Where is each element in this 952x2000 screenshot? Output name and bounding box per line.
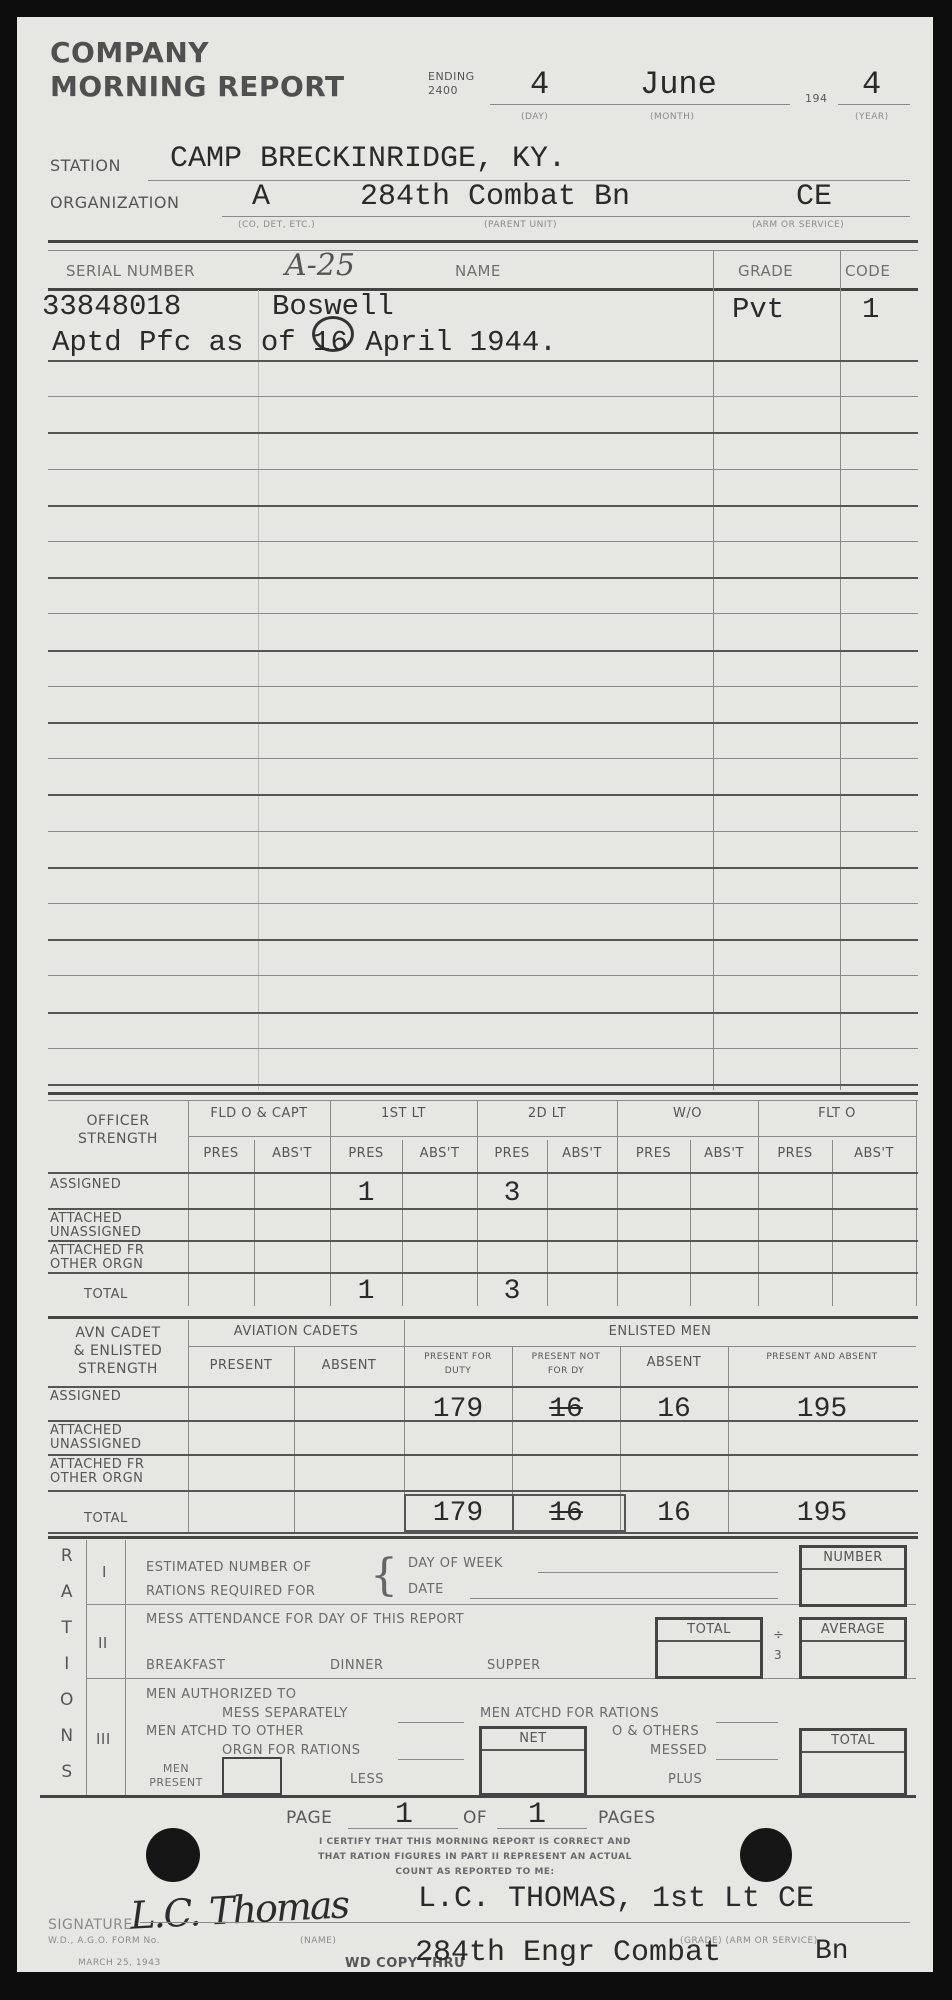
ruled-line [48,650,918,652]
of-label: OF [463,1808,487,1828]
ration-number-label: NUMBER [802,1548,904,1570]
name-header: NAME [455,262,501,280]
organization-label: ORGANIZATION [50,193,179,212]
mess-average-box[interactable]: AVERAGE [799,1617,907,1679]
ruled-line [48,939,918,941]
ration-number-box[interactable]: NUMBER [799,1545,907,1607]
net-box[interactable]: NET [479,1726,587,1796]
ruled-line [48,1012,918,1014]
enlisted-title-line-1: AVN CADET [48,1324,188,1342]
day-of-week-line [538,1572,778,1573]
rations-numeral-divider [125,1540,126,1795]
punch-hole-right-icon [740,1828,792,1882]
officer-top-rule-2 [48,1100,918,1101]
officer-subheader: PRES [477,1146,547,1161]
organization-underline [222,216,910,217]
rations-bottom-rule [40,1795,916,1798]
total-highlight-divider [512,1494,514,1532]
enlisted-row-label: ASSIGNED [50,1390,185,1404]
date-line [470,1598,778,1599]
officer-column-divider [690,1140,691,1306]
certify-line-2: THAT RATION FIGURES IN PART II REPRESENT… [250,1850,700,1865]
rations-side-letter: O [52,1690,82,1710]
officer-header-rule [48,1172,918,1174]
mess-total-label: TOTAL [658,1620,760,1642]
year-prefix: 194 [805,92,828,105]
breakfast-label: BREAKFAST [146,1658,225,1673]
enlisted-strength-cell[interactable]: 179 [404,1394,512,1425]
serial-number-header: SERIAL NUMBER [66,262,195,280]
ruled-line [48,360,918,362]
officer-strength-title: OFFICER STRENGTH [48,1112,188,1148]
officer-column-divider [832,1140,833,1306]
date-underline [490,104,790,105]
enlisted-column-divider [188,1320,189,1532]
report-month: June [640,66,717,103]
men-atchd-other-line-2: ORGN FOR RATIONS [222,1743,360,1758]
officer-row-label: ATTACHED UNASSIGNED [50,1212,185,1240]
enlisted-title-line-2: & ENLISTED [48,1342,188,1360]
bn-overtype: Bn [815,1936,849,1967]
enlisted-strength-cell[interactable]: 16 [620,1498,728,1529]
signature-label: SIGNATURE [48,1917,133,1933]
ruled-line [48,469,918,470]
rations-side-letter: N [52,1726,82,1746]
enlisted-strength-cell[interactable]: 195 [728,1498,916,1529]
report-day: 4 [530,66,549,103]
signer-typed-name[interactable]: L.C. THOMAS, 1st Lt CE [418,1882,814,1916]
report-year-digit: 4 [862,66,881,103]
divide-icon: ÷ [773,1628,784,1643]
code-header: CODE [845,262,890,280]
officer-subheader: ABS'T [254,1146,330,1161]
organization-company[interactable]: A [252,180,270,214]
ruled-line [48,758,918,759]
station-label: STATION [50,156,121,175]
code-column-divider [840,250,841,1090]
rations-side-letter: R [52,1546,82,1566]
men-present-line-1: MEN [130,1762,222,1776]
punch-hole-left-icon [146,1828,200,1882]
enlisted-bottom-rule [48,1532,918,1534]
officer-column-divider [254,1140,255,1306]
form-number-line-2: MARCH 25, 1943 [78,1958,161,1968]
enlisted-title-line-3: STRENGTH [48,1360,188,1378]
rations-estimated-label: ESTIMATED NUMBER OF RATIONS REQUIRED FOR [146,1556,315,1604]
unit-overtype: 284th Engr Combat [415,1936,721,1970]
divide-by-three: 3 [774,1648,782,1662]
day-caption: (DAY) [521,112,548,122]
ruled-line [48,613,918,614]
enlisted-row-rule [48,1490,918,1492]
officer-column-divider [402,1140,403,1306]
station-value[interactable]: CAMP BRECKINRIDGE, KY. [170,142,566,176]
enlisted-strength-title: AVN CADET & ENLISTED STRENGTH [48,1324,188,1378]
form-title: COMPANY MORNING REPORT [50,36,345,104]
certification-text: I CERTIFY THAT THIS MORNING REPORT IS CO… [250,1835,700,1880]
rations-total-label: TOTAL [802,1731,904,1753]
officer-subheader: PRES [617,1146,690,1161]
rations-side-letter: I [52,1654,82,1674]
men-present-line-2: PRESENT [130,1776,222,1790]
form-title-line-1: COMPANY [50,36,345,70]
officer-group-header: FLD O & CAPT [188,1106,330,1121]
officers-others-line-2: MESSED [650,1743,707,1758]
organization-parent-unit[interactable]: 284th Combat Bn [360,180,630,214]
roster-top-rule-2 [48,250,918,251]
year-underline [838,104,910,105]
officer-strength-cell[interactable]: 3 [477,1276,547,1307]
officer-strength-cell[interactable]: 1 [330,1178,402,1209]
ruled-line [48,867,918,869]
ruled-line [48,975,918,976]
officer-title-line-2: STRENGTH [48,1130,188,1148]
officer-subheader: PRES [188,1146,254,1161]
officer-subheader: ABS'T [547,1146,617,1161]
mess-attendance-label: MESS ATTENDANCE FOR DAY OF THIS REPORT [146,1612,464,1627]
ruled-line [48,505,918,507]
roster-entry-code[interactable]: 1 [862,293,879,326]
ending-label-1: ENDING [428,70,475,84]
men-authorized-line-2: MESS SEPARATELY [222,1706,348,1721]
ruled-line [48,831,918,832]
men-atchd-for-rations-label: MEN ATCHD FOR RATIONS [480,1706,659,1721]
officer-top-rule [48,1092,918,1095]
enlisted-row-rule [48,1454,918,1456]
brace-icon: { [370,1552,399,1600]
enlisted-subheader: PRESENT FOR DUTY [404,1350,512,1378]
officer-group-header: W/O [617,1106,758,1121]
page-number[interactable]: 1 [395,1798,413,1832]
officer-column-divider [916,1100,917,1306]
men-authorized-line-1: MEN AUTHORIZED TO [146,1687,296,1702]
roster-entry-serial[interactable]: 33848018 [42,290,181,323]
organization-arm[interactable]: CE [796,180,832,214]
date-label: DATE [408,1582,444,1597]
men-atchd-for-rations-line [716,1722,778,1723]
officer-group-header: FLT O [758,1106,916,1121]
men-present-box[interactable] [222,1757,282,1795]
year-caption: (YEAR) [855,112,889,122]
rations-ii-iii-divider [86,1678,916,1679]
aviation-cadets-header: AVIATION CADETS [188,1324,404,1339]
men-atchd-other-line-1: MEN ATCHD TO OTHER [146,1724,304,1739]
officer-group-divider [188,1136,916,1137]
officer-column-divider [758,1100,759,1306]
officer-subheader: ABS'T [690,1146,758,1161]
mess-separately-line [398,1722,464,1723]
ruled-line [48,396,918,397]
ending-label: ENDING 2400 [428,70,475,98]
plus-label: PLUS [668,1772,702,1787]
roster-top-rule [48,240,918,243]
rations-estimated-line-2: RATIONS REQUIRED FOR [146,1580,315,1604]
officer-column-divider [188,1100,189,1306]
officer-row-label: ASSIGNED [50,1178,185,1192]
cadet-subheader: PRESENT [188,1358,294,1373]
enlisted-header-rule [48,1386,918,1388]
roster-remark[interactable]: Aptd Pfc as of 16 April 1944. [52,326,557,359]
total-highlight-box [404,1494,626,1532]
enlisted-row-label: ATTACHED FR OTHER ORGN [50,1458,185,1486]
enlisted-top-rule [48,1316,918,1319]
certify-line-1: I CERTIFY THAT THIS MORNING REPORT IS CO… [250,1835,700,1850]
officer-subheader: ABS'T [402,1146,477,1161]
name-column-divider [258,290,259,1090]
pages-label: PAGES [598,1808,656,1828]
enlisted-men-header: ENLISTED MEN [404,1324,916,1339]
officer-row-label: TOTAL [50,1288,219,1302]
ruled-line [48,1048,918,1049]
rations-side-letter: T [52,1618,82,1638]
page-total[interactable]: 1 [528,1798,546,1832]
men-present-label: MEN PRESENT [130,1762,222,1790]
roster-entry-grade[interactable]: Pvt [732,293,784,326]
rations-total-box[interactable]: TOTAL [799,1728,907,1796]
officer-subheader: PRES [330,1146,402,1161]
rations-section-i-numeral: I [102,1563,107,1581]
officer-strength-cell[interactable]: 1 [330,1276,402,1307]
supper-label: SUPPER [487,1658,541,1673]
officer-row-label: ATTACHED FR OTHER ORGN [50,1244,185,1272]
officers-others-line-1: O & OTHERS [612,1724,699,1739]
officer-strength-cell[interactable]: 3 [477,1178,547,1209]
ruled-line [48,722,918,724]
form-number-line-1: W.D., A.G.O. FORM No. [48,1936,160,1946]
officer-column-divider [617,1100,618,1306]
grade-column-divider [713,250,714,1090]
officer-group-header: 2D LT [477,1106,617,1121]
enlisted-subheader: PRESENT NOT FOR DY [512,1350,620,1378]
rations-section-ii-numeral: II [98,1634,108,1652]
ruled-line [48,577,918,579]
less-label: LESS [350,1772,384,1787]
rations-estimated-line-1: ESTIMATED NUMBER OF [146,1556,315,1580]
officer-title-line-1: OFFICER [48,1112,188,1130]
parent-unit-caption: (PARENT UNIT) [484,220,557,230]
day-of-week-label: DAY OF WEEK [408,1556,503,1571]
handwritten-note: A-25 [285,248,355,283]
ruled-line [48,541,918,542]
enlisted-subheader: PRESENT AND ABSENT [728,1350,916,1364]
mess-average-label: AVERAGE [802,1620,904,1642]
rations-top-rule [48,1536,918,1539]
ruled-line [48,903,918,904]
rations-i-ii-divider [86,1604,916,1605]
enlisted-group-divider [188,1346,916,1347]
others-messed-line [716,1759,778,1760]
form-title-line-2: MORNING REPORT [50,70,345,104]
arm-caption: (ARM OR SERVICE) [752,220,844,230]
rations-side-letter: S [52,1762,82,1782]
cadet-subheader: ABSENT [294,1358,404,1373]
rations-side-letter: A [52,1582,82,1602]
officer-row-rule [48,1240,918,1242]
enlisted-strength-cell[interactable]: 195 [728,1394,916,1425]
ruled-line [48,686,918,687]
certify-line-3: COUNT AS REPORTED TO ME: [250,1865,700,1880]
signature-line [140,1922,910,1923]
rations-section-iii-numeral: III [96,1730,111,1748]
enlisted-strength-cell[interactable]: 16 [512,1394,620,1425]
officer-subheader: ABS'T [832,1146,916,1161]
ending-label-2: 2400 [428,84,475,98]
officer-group-header: 1ST LT [330,1106,477,1121]
page-label: PAGE [286,1808,332,1828]
name-caption: (NAME) [300,1936,336,1946]
net-label: NET [482,1729,584,1751]
enlisted-row-label: TOTAL [50,1512,219,1526]
men-atchd-other-line [398,1759,464,1760]
ruled-line [48,1084,918,1086]
dinner-label: DINNER [330,1658,384,1673]
officer-row-rule [48,1272,918,1274]
enlisted-column-divider [294,1346,295,1532]
officer-column-divider [547,1140,548,1306]
grade-header: GRADE [738,262,793,280]
co-caption: (CO, DET, ETC.) [238,220,315,230]
enlisted-row-label: ATTACHED UNASSIGNED [50,1424,185,1452]
officer-subheader: PRES [758,1146,832,1161]
mess-total-box[interactable]: TOTAL [655,1617,763,1679]
month-caption: (MONTH) [650,112,694,122]
rations-letter-divider [86,1540,87,1795]
ruled-line [48,432,918,434]
ruled-line [48,794,918,796]
enlisted-strength-cell[interactable]: 16 [620,1394,728,1425]
enlisted-subheader: ABSENT [620,1356,728,1370]
